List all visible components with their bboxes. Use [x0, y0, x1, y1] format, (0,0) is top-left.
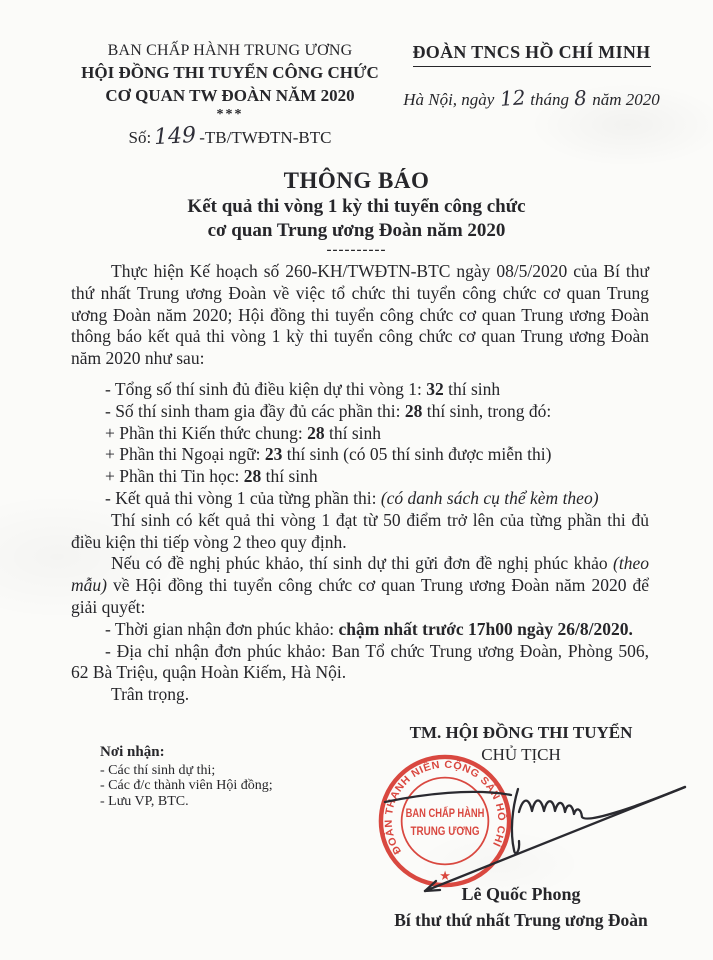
document-page: BAN CHẤP HÀNH TRUNG ƯƠNG HỘI ĐỒNG THI TU… [0, 0, 713, 960]
date-day-handwritten: 12 [499, 85, 526, 111]
stamp-center-line2: TRUNG ƯƠNG [411, 824, 480, 838]
recipient-item: - Các thí sinh dự thi; [100, 763, 273, 779]
issuing-body-line3: CƠ QUAN TW ĐOÀN NĂM 2020 [64, 86, 396, 106]
list-item-appeal-address: - Địa chỉ nhận đơn phúc khảo: Ban Tổ chứ… [71, 641, 649, 685]
document-number-handwritten: 149 [154, 123, 197, 150]
recipient-item: - Lưu VP, BTC. [100, 794, 273, 810]
date-mid: tháng [530, 90, 569, 109]
recipients-block: Nơi nhận: - Các thí sinh dự thi; - Các đ… [100, 745, 273, 809]
title-divider: ---------- [0, 243, 713, 257]
organization-title: ĐOÀN TNCS HỒ CHÍ MINH [413, 42, 651, 67]
issuing-body-block: BAN CHẤP HÀNH TRUNG ƯƠNG HỘI ĐỒNG THI TU… [64, 42, 396, 149]
official-stamp-icon: ĐOÀN THANH NIÊN CỘNG SẢN HỒ CHÍ MINH BAN… [376, 752, 514, 890]
stamp-ring-text: ĐOÀN THANH NIÊN CỘNG SẢN HỒ CHÍ MINH [376, 752, 508, 856]
document-header: BAN CHẤP HÀNH TRUNG ƯƠNG HỘI ĐỒNG THI TU… [64, 42, 667, 149]
signoff-block: TM. HỘI ĐỒNG THI TUYỂN CHỦ TỊCH ĐOÀN THA… [368, 722, 674, 765]
document-body: Thực hiện Kế hoạch số 260-KH/TWĐTN-BTC n… [71, 261, 649, 706]
recipients-label: Nơi nhận: [100, 745, 273, 761]
recipient-item: - Các đ/c thành viên Hội đồng; [100, 778, 273, 794]
paragraph-closing: Trân trọng. [71, 684, 649, 706]
list-item-informatics: + Phần thi Tin học: 28 thí sinh [71, 466, 649, 488]
document-number-label: Số: [129, 128, 152, 147]
stamp-center-line1: BAN CHẤP HÀNH [406, 805, 485, 820]
document-number: Số:149-TB/TWĐTN-BTC [64, 124, 396, 149]
title-block: THÔNG BÁO Kết quả thi vòng 1 kỳ thi tuyể… [0, 167, 713, 257]
paragraph-intro: Thực hiện Kế hoạch số 260-KH/TWĐTN-BTC n… [71, 261, 649, 370]
separator-stars: *** [64, 108, 396, 122]
place-and-date: Hà Nội, ngày 12 tháng 8 năm 2020 [396, 86, 667, 110]
issuing-body-line2: HỘI ĐỒNG THI TUYỂN CÔNG CHỨC [64, 63, 396, 83]
document-subtitle-1: Kết quả thi vòng 1 kỳ thi tuyển công chứ… [0, 195, 713, 219]
list-item-appeal-deadline: - Thời gian nhận đơn phúc khảo: chậm nhấ… [71, 619, 649, 641]
signoff-role: CHỦ TỊCH [368, 744, 674, 765]
paragraph-passing-rule: Thí sinh có kết quả thi vòng 1 đạt từ 50… [71, 510, 649, 554]
date-month-handwritten: 8 [573, 86, 587, 111]
document-title: THÔNG BÁO [0, 167, 713, 195]
list-item-general-knowledge: + Phần thi Kiến thức chung: 28 thí sinh [71, 423, 649, 445]
date-prefix: Hà Nội, ngày [403, 90, 494, 109]
document-number-suffix: -TB/TWĐTN-BTC [199, 128, 331, 147]
signoff-organization: TM. HỘI ĐỒNG THI TUYỂN [368, 722, 674, 743]
document-subtitle-2: cơ quan Trung ương Đoàn năm 2020 [0, 219, 713, 243]
svg-text:ĐOÀN THANH NIÊN CỘNG SẢN HỒ CH: ĐOÀN THANH NIÊN CỘNG SẢN HỒ CHÍ MINH [376, 752, 508, 856]
list-item-foreign-language: + Phần thi Ngoại ngữ: 23 thí sinh (có 05… [71, 444, 649, 466]
signer-role: Bí thư thứ nhất Trung ương Đoàn [368, 910, 674, 931]
list-item-full-participants: - Số thí sinh tham gia đầy đủ các phần t… [71, 401, 649, 423]
national-header-block: ĐOÀN TNCS HỒ CHÍ MINH Hà Nội, ngày 12 th… [396, 42, 667, 149]
paragraph-appeal: Nếu có đề nghị phúc khảo, thí sinh dự th… [71, 553, 649, 618]
signer-name: Lê Quốc Phong [368, 884, 674, 905]
issuing-body-line1: BAN CHẤP HÀNH TRUNG ƯƠNG [64, 42, 396, 60]
list-item-round1-results: - Kết quả thi vòng 1 của từng phần thi: … [71, 488, 649, 510]
date-suffix: năm 2020 [592, 90, 660, 109]
list-item-total-candidates: - Tổng số thí sinh đủ điều kiện dự thi v… [71, 379, 649, 401]
stamp-star-icon: ★ [439, 869, 450, 883]
